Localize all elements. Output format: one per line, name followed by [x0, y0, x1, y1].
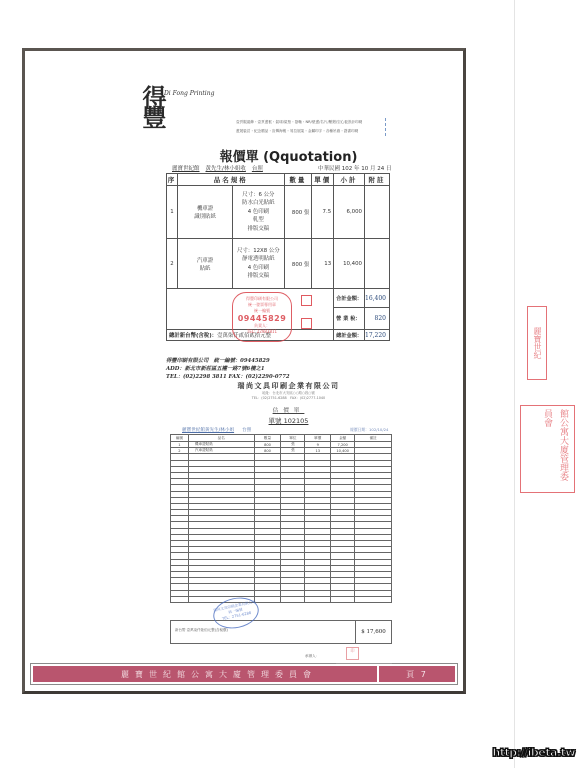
table-row: 1 機車證 識別貼紙 尺寸：6 公分 防水白光貼紙 4 色印刷 軋型 排版交稿 … [167, 186, 390, 239]
total-words-label: 總計新台幣(含稅)： [169, 333, 217, 339]
q2-header: 編號 [171, 435, 189, 442]
customer-name: 麗寶世紀館 [172, 166, 200, 172]
empty-cell [355, 596, 392, 602]
header-item: 品名規格 [177, 174, 284, 186]
company-info-line: TEL：(02)2298 3811 FAX：(02)2290-0772 [166, 373, 290, 381]
quotation2-date: 報價日期：102/10/24 [350, 427, 388, 433]
company-info-line: 得豐印刷有限公司 統一編號：09445829 [166, 357, 290, 365]
spec-line: 尺寸：6 公分 [233, 191, 283, 200]
item-note [364, 239, 389, 289]
subtotal-value: 16,400 [364, 289, 389, 308]
q2-total-words: 新台幣 壹萬柒仟陸佰元整(含稅價) [171, 621, 355, 643]
item-subtotal: 10,400 [334, 239, 365, 289]
empty-cell [331, 596, 355, 602]
total-label: 總計金額： [334, 330, 365, 341]
item-subtotal: 6,000 [334, 186, 365, 239]
header-qty: 數量 [284, 174, 312, 186]
company-stamp-red: 得豐印刷有限公司 統一發票專用章 統一編號 09445829 負責人： TEL:… [232, 292, 292, 342]
company-info-line: ADD：新北市新莊區五權一路7號6樓之1 [166, 365, 290, 373]
q2-header: 金額 [331, 435, 355, 442]
spec-line: 4 色印刷 [233, 264, 283, 273]
empty-cell [171, 596, 189, 602]
vendor2-name: 瑞尚文具印刷企業有限公司 [0, 381, 577, 391]
quotation-date: 中華民國 102 年 10 月 24 日 [318, 164, 392, 172]
q2-header: 備註 [355, 435, 392, 442]
logo-script-text: Di Fong Printing [164, 87, 214, 98]
quotation2-title: 估價單 [0, 406, 577, 414]
empty-cell [254, 596, 281, 602]
spec-line: 尺寸：12X8 公分 [233, 247, 283, 256]
quotation2-table: 編號 品名 數量 單位 單價 金額 備註 1 機車證貼紙 800 張 9 7,2… [170, 434, 392, 603]
q2-header: 單位 [281, 435, 305, 442]
quotation-customer: 麗寶世紀館黃先生/林小姐收台照 [172, 164, 269, 172]
customer-contact: 黃先生/林小姐收 [206, 166, 246, 172]
quotation-title: 報價單 (Qquotation) [0, 146, 577, 165]
header-price: 單價 [312, 174, 334, 186]
q2-customer-name: 麗寶世紀館黃先生/林小姐 [182, 428, 234, 433]
customer-location: 台照 [252, 166, 263, 172]
q2-total: $ 17,600 [355, 621, 391, 643]
services-line: 畫展裝訂・紀念贈品・宣傳海報・易拉展架・金屬印字・各種吊旗・證書印刷 [236, 127, 381, 136]
item-spec: 尺寸：12X8 公分 靜電透明貼紙 4 色印刷 排版交稿 [233, 239, 284, 289]
tax-label: 營 業 稅： [334, 308, 365, 330]
watermark: http://ibeta.tw [492, 746, 575, 759]
small-seal-stamp [301, 295, 312, 306]
header-subtotal: 小計 [334, 174, 365, 186]
side-seal-2: 館公寓大廈管理委員會 [520, 405, 575, 493]
table-header-row: 序 品名規格 數量 單價 小計 附註 [167, 174, 390, 186]
empty-cell [305, 596, 331, 602]
header-no: 序 [167, 174, 178, 186]
company-info: 得豐印刷有限公司 統一編號：09445829 ADD：新北市新莊區五權一路7號6… [166, 357, 290, 381]
services-list: 壹頁服裝飾・壹頁畫框・氣球/氣墊・掛軸・NR/壁畫/名片/壓鋁/空心板設計印刷 … [236, 118, 386, 136]
item-spec: 尺寸：6 公分 防水白光貼紙 4 色印刷 軋型 排版交稿 [233, 186, 284, 239]
stamp-line: TEL: 22983811 [233, 329, 291, 335]
item-no: 1 [167, 186, 178, 239]
q2-header: 數量 [254, 435, 281, 442]
empty-cell [281, 596, 305, 602]
small-seal-stamp [301, 318, 312, 329]
spec-line: 防水白光貼紙 [233, 199, 283, 208]
tax-value: 820 [364, 308, 389, 330]
stamp-number: 09445829 [233, 314, 291, 323]
signature-line [336, 663, 392, 664]
spec-line: 4 色印刷 [233, 208, 283, 217]
total-value: 17,220 [364, 330, 389, 341]
table-row: 2 汽車證 貼紙 尺寸：12X8 公分 靜電透明貼紙 4 色印刷 排版交稿 80… [167, 239, 390, 289]
company-logo: 得豐 Di Fong Printing [140, 85, 220, 135]
q2-header: 單價 [305, 435, 331, 442]
item-qty: 800 張 [284, 186, 312, 239]
item-name: 汽車證 貼紙 [177, 239, 232, 289]
q2-customer-location: 台照 [242, 428, 251, 433]
item-price: 13 [312, 239, 334, 289]
item-name: 機車證 識別貼紙 [177, 186, 232, 239]
side-seal-1: 麗寶世紀 [527, 306, 547, 380]
footer-bar: 麗寶世紀館公寓大廈管理委員會 頁 7 [31, 664, 457, 684]
item-price: 7.5 [312, 186, 334, 239]
spec-line: 靜電透明貼紙 [233, 255, 283, 264]
spec-line: 排版交稿 [233, 272, 283, 281]
spec-line: 軋型 [233, 216, 283, 225]
signer-label: 承辦人： [305, 654, 319, 659]
logo-cjk-text: 得豐 [140, 85, 164, 137]
empty-row [171, 596, 392, 602]
committee-name: 麗寶世紀館公寓大廈管理委員會 [33, 666, 377, 682]
spec-line: 排版交稿 [233, 225, 283, 234]
quotation2-footer: 新台幣 壹萬柒仟陸佰元整(含稅價) $ 17,600 [170, 620, 392, 644]
page-number: 頁 7 [377, 666, 455, 682]
subtotal-label: 合計金額： [334, 289, 365, 308]
header-note: 附註 [364, 174, 389, 186]
quotation2-number: 單號 102105 [0, 416, 577, 425]
item-no: 2 [167, 239, 178, 289]
table-header-row: 編號 品名 數量 單位 單價 金額 備註 [171, 435, 392, 442]
vendor2-phone: TEL：(02)2751-6288 FAX：(02)2777-1040 [0, 396, 577, 401]
quotation2-customer: 麗寶世紀館黃先生/林小姐台照 [182, 427, 251, 433]
item-qty: 800 張 [284, 239, 312, 289]
item-note [364, 186, 389, 239]
signer-seal: 印 [346, 647, 359, 660]
second-vendor-header: 瑞尚文具印刷企業有限公司 地址：台北市大安區○○路○段○號 TEL：(02)27… [0, 381, 577, 401]
services-line: 壹頁服裝飾・壹頁畫框・氣球/氣墊・掛軸・NR/壁畫/名片/壓鋁/空心板設計印刷 [236, 118, 381, 127]
q2-header: 品名 [188, 435, 254, 442]
